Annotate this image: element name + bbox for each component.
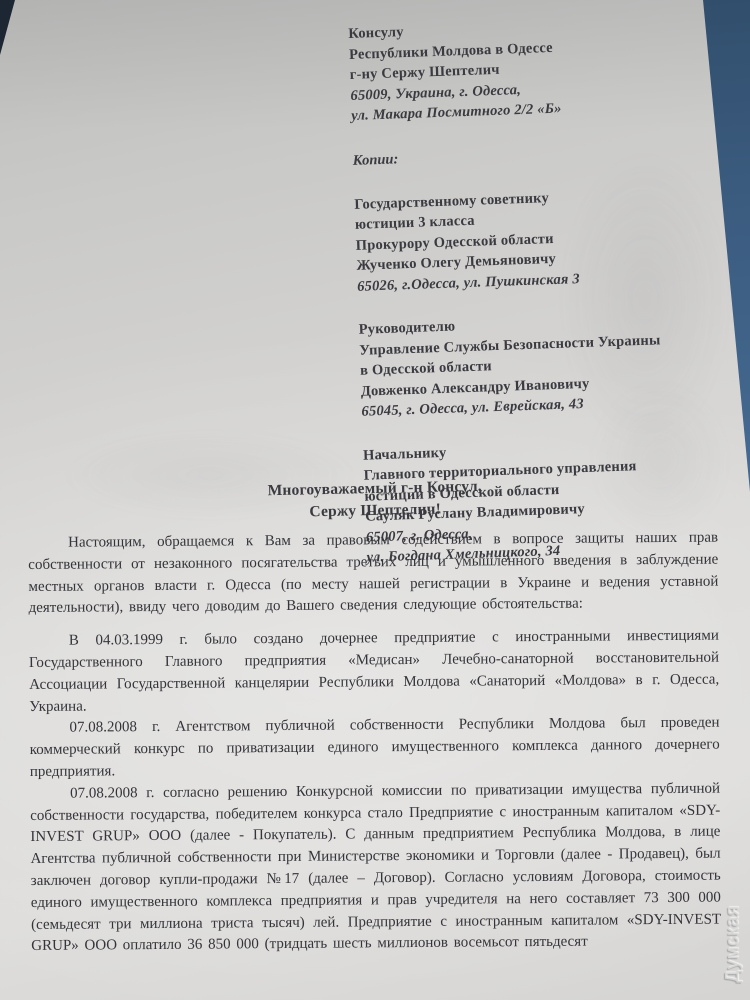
- paragraph-intro: Настоящим, обращаемся к Вам за правовым …: [28, 528, 719, 621]
- letter-body: Настоящим, обращаемся к Вам за правовым …: [28, 528, 721, 959]
- recipient-prosecutor: Государственному советнику юстиции 3 кла…: [354, 182, 717, 297]
- letter-paper: Консулу Республики Молдова в Одессе г-ну…: [0, 0, 750, 1000]
- paragraph-founding: В 04.03.1999 г. было создано дочернее пр…: [29, 626, 720, 719]
- recipient-consul: Консулу Республики Молдова в Одессе г-ну…: [348, 11, 711, 126]
- recipient-security-service: Руководителю Управление Службы Безопасно…: [358, 307, 721, 422]
- paragraph-sale-contract: 07.08.2008 г. согласно решению Конкурсно…: [30, 778, 721, 958]
- paragraph-privatization-contest: 07.08.2008 г. Агентством публичной собст…: [29, 713, 719, 784]
- salutation: Многоуважаемый г-н Консул, Сержу Шептели…: [225, 475, 526, 525]
- photo-of-letter: Консулу Республики Молдова в Одессе г-ну…: [0, 0, 750, 1000]
- copies-label: Копии:: [352, 140, 712, 170]
- dumskaya-watermark: Думская: [722, 905, 743, 983]
